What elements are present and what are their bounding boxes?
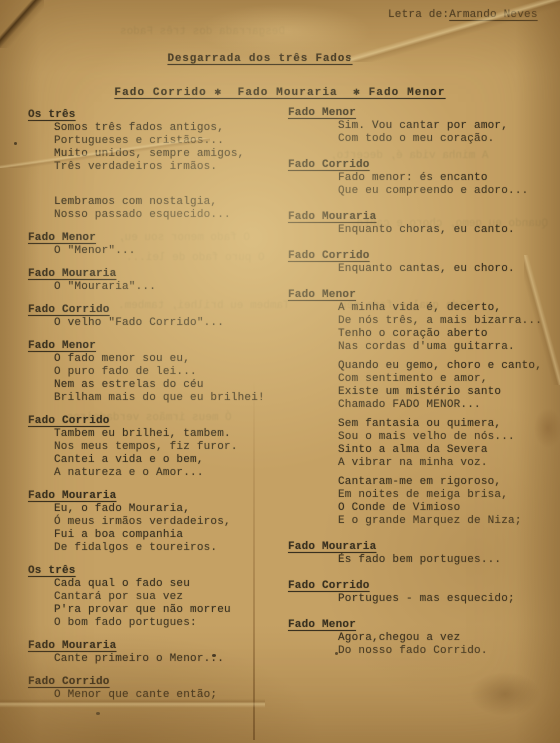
- speaker-heading: Fado Mouraria: [288, 211, 556, 224]
- speaker-heading: Fado Mouraria: [288, 541, 556, 554]
- verse-line: A vibrar na minha voz.: [288, 457, 556, 470]
- verse-line: P'ra provar que não morreu: [28, 604, 284, 617]
- credit-line: Letra de:Armando Neves: [388, 9, 538, 22]
- stanza: Lembramos com nostalgia,Nosso passado es…: [28, 196, 284, 222]
- verse-line: Cante primeiro o Menor...: [28, 653, 284, 666]
- verse-line: O Menor que cante então;: [28, 689, 284, 702]
- verse-line: O Conde de Vimioso: [288, 502, 556, 515]
- verse-block: Fado MourariaÉs fado bem portugues...: [288, 541, 556, 567]
- verse-block: Fado MenorSim. Vou cantar por amor,Com t…: [288, 107, 556, 146]
- stanza: Agora,chegou a vezDo nosso fado Corrido.: [288, 632, 556, 658]
- verse-line: Sou o mais velho de nós...: [288, 431, 556, 444]
- verse-line: O "Mouraria"...: [28, 281, 284, 294]
- speaker-heading: Fado Corrido: [28, 676, 284, 689]
- verse-line: Existe um mistério santo: [288, 386, 556, 399]
- speaker-heading: Fado Corrido: [28, 304, 284, 317]
- verse-line: Nosso passado esquecido...: [28, 209, 284, 222]
- verse-block: Fado CorridoEnquanto cantas, eu choro.: [288, 250, 556, 276]
- verse-line: Muito unidos, sempre amigos,: [28, 148, 284, 161]
- verse-line: Chamado FADO MENOR...: [288, 399, 556, 412]
- stanza: Cada qual o fado seuCantará por sua vezP…: [28, 578, 284, 630]
- scanned-lyric-sheet: Desgarrada dos três Fados O fado menor s…: [0, 0, 560, 743]
- verse-block: Fado MourariaO "Mouraria"...: [28, 268, 284, 294]
- verse-line: Tenho o coração aberto: [288, 328, 556, 341]
- speaker-heading: Fado Corrido: [288, 159, 556, 172]
- speaker-heading: Fado Mouraria: [28, 268, 284, 281]
- speaker-heading: Os três: [28, 565, 284, 578]
- speaker-heading: Fado Menor: [288, 289, 556, 302]
- stanza: Cante primeiro o Menor...: [28, 653, 284, 666]
- verse-line: De nós três, a mais bizarra...: [288, 315, 556, 328]
- verse-line: Fui a boa companhia: [28, 529, 284, 542]
- verse-line: Sinto a alma da Severa: [288, 444, 556, 457]
- stanza: Sim. Vou cantar por amor,Com todo o meu …: [288, 120, 556, 146]
- verse-line: Cantará por sua vez: [28, 591, 284, 604]
- stanza: Eu, o fado Mouraria,Ó meus irmãos verdad…: [28, 503, 284, 555]
- stanza: O fado menor sou eu,O puro fado de lei..…: [28, 353, 284, 405]
- verse-line: O bom fado portugues:: [28, 617, 284, 630]
- verse-line: Três verdadeiros irmãos.: [28, 161, 284, 174]
- speaker-heading: Os três: [28, 109, 284, 122]
- verse-line: De fidalgos e toureiros.: [28, 542, 284, 555]
- verse-line: Nos meus tempos, fiz furor.: [28, 441, 284, 454]
- verse-line: Agora,chegou a vez: [288, 632, 556, 645]
- verse-block: Fado CorridoPortugues - mas esquecido;: [288, 580, 556, 606]
- stanza: O velho "Fado Corrido"...: [28, 317, 284, 330]
- speaker-heading: Fado Menor: [28, 340, 284, 353]
- stanza: Fado menor: és encantoQue eu compreendo …: [288, 172, 556, 198]
- verse-block: Fado MenorO "Menor"...: [28, 232, 284, 258]
- verse-line: Ó meus irmãos verdadeiros,: [28, 516, 284, 529]
- stain: [470, 672, 540, 716]
- verse-block: Fado CorridoO Menor que cante então;: [28, 676, 284, 702]
- verse-line: Nem as estrelas do céu: [28, 379, 284, 392]
- credit-author: Armando Neves: [449, 9, 537, 21]
- stanza: Portugues - mas esquecido;: [288, 593, 556, 606]
- verse-line: És fado bem portugues...: [288, 554, 556, 567]
- stanza: O "Mouraria"...: [28, 281, 284, 294]
- stanza: Enquanto cantas, eu choro.: [288, 263, 556, 276]
- bleedthrough-text: Desgarrada dos três Fados: [120, 26, 285, 38]
- stanza: O Menor que cante então;: [28, 689, 284, 702]
- verse-line: Sim. Vou cantar por amor,: [288, 120, 556, 133]
- lyrics-column-left: Os trêsSomos três fados antigos,Portugue…: [28, 109, 284, 712]
- credit-label: Letra de:: [388, 9, 449, 21]
- verse-line: Lembramos com nostalgia,: [28, 196, 284, 209]
- verse-line: Nas cordas d'uma guitarra.: [288, 341, 556, 354]
- stanza: Enquanto choras, eu canto.: [288, 224, 556, 237]
- document-title: Desgarrada dos três Fados: [0, 53, 520, 65]
- stanza: Tambem eu brilhei, tambem.Nos meus tempo…: [28, 428, 284, 480]
- stain: [200, 4, 370, 58]
- verse-line: Portugues - mas esquecido;: [288, 593, 556, 606]
- verse-line: O fado menor sou eu,: [28, 353, 284, 366]
- verse-line: O velho "Fado Corrido"...: [28, 317, 284, 330]
- verse-line: Sem fantasia ou quimera,: [288, 418, 556, 431]
- stanza: Quando eu gemo, choro e canto,Com sentim…: [288, 360, 556, 412]
- ink-speck: [96, 712, 100, 715]
- verse-block: Fado MourariaEu, o fado Mouraria,Ó meus …: [28, 490, 284, 555]
- verse-line: Tambem eu brilhei, tambem.: [28, 428, 284, 441]
- verse-block: Fado CorridoFado menor: és encantoQue eu…: [288, 159, 556, 198]
- speaker-heading: Fado Menor: [28, 232, 284, 245]
- verse-line: Com todo o meu coração.: [288, 133, 556, 146]
- verse-line: A natureza e o Amor...: [28, 467, 284, 480]
- stanza: Cantaram-me em rigoroso,Em noites de mei…: [288, 476, 556, 528]
- paper-sheet: Desgarrada dos três Fados O fado menor s…: [0, 0, 560, 743]
- ink-speck: [14, 142, 17, 145]
- stanza: Somos três fados antigos,Portugueses e c…: [28, 122, 284, 174]
- verse-block: Fado MourariaEnquanto choras, eu canto.: [288, 211, 556, 237]
- verse-block: Fado MenorA minha vida é, decerto,De nós…: [288, 289, 556, 528]
- document-subtitle: Fado Corrido ✱ Fado Mouraria ✱ Fado Meno…: [0, 85, 560, 99]
- verse-block: Os trêsSomos três fados antigos,Portugue…: [28, 109, 284, 222]
- verse-block: Fado MenorAgora,chegou a vezDo nosso fad…: [288, 619, 556, 658]
- verse-block: Fado MenorO fado menor sou eu,O puro fad…: [28, 340, 284, 405]
- verse-line: Portugueses e cristãos...: [28, 135, 284, 148]
- verse-line: Enquanto choras, eu canto.: [288, 224, 556, 237]
- verse-block: Fado CorridoO velho "Fado Corrido"...: [28, 304, 284, 330]
- verse-line: Que eu compreendo e adoro...: [288, 185, 556, 198]
- verse-line: A minha vida é, decerto,: [288, 302, 556, 315]
- stanza: Sem fantasia ou quimera,Sou o mais velho…: [288, 418, 556, 470]
- verse-line: Quando eu gemo, choro e canto,: [288, 360, 556, 373]
- verse-line: Eu, o fado Mouraria,: [28, 503, 284, 516]
- verse-line: Enquanto cantas, eu choro.: [288, 263, 556, 276]
- verse-block: Os trêsCada qual o fado seuCantará por s…: [28, 565, 284, 630]
- verse-line: Em noites de meiga brisa,: [288, 489, 556, 502]
- verse-line: Cantei a vida e o bem,: [28, 454, 284, 467]
- speaker-heading: Fado Menor: [288, 619, 556, 632]
- verse-line: Com sentimento e amor,: [288, 373, 556, 386]
- verse-line: Cada qual o fado seu: [28, 578, 284, 591]
- verse-line: Do nosso fado Corrido.: [288, 645, 556, 658]
- speaker-heading: Fado Mouraria: [28, 640, 284, 653]
- verse-line: Cantaram-me em rigoroso,: [288, 476, 556, 489]
- speaker-heading: Fado Mouraria: [28, 490, 284, 503]
- verse-block: Fado MourariaCante primeiro o Menor...: [28, 640, 284, 666]
- stanza: A minha vida é, decerto,De nós três, a m…: [288, 302, 556, 354]
- speaker-heading: Fado Corrido: [28, 415, 284, 428]
- verse-line: Brilham mais do que eu brilhei!: [28, 392, 284, 405]
- verse-line: O puro fado de lei...: [28, 366, 284, 379]
- lyrics-column-right: Fado MenorSim. Vou cantar por amor,Com t…: [288, 107, 556, 671]
- speaker-heading: Fado Menor: [288, 107, 556, 120]
- speaker-heading: Fado Corrido: [288, 580, 556, 593]
- corner-fold-mark: [0, 0, 44, 48]
- verse-block: Fado CorridoTambem eu brilhei, tambem.No…: [28, 415, 284, 480]
- stanza: És fado bem portugues...: [288, 554, 556, 567]
- verse-line: Fado menor: és encanto: [288, 172, 556, 185]
- verse-line: Somos três fados antigos,: [28, 122, 284, 135]
- stanza: O "Menor"...: [28, 245, 284, 258]
- speaker-heading: Fado Corrido: [288, 250, 556, 263]
- verse-line: O "Menor"...: [28, 245, 284, 258]
- verse-line: E o grande Marquez de Niza;: [288, 515, 556, 528]
